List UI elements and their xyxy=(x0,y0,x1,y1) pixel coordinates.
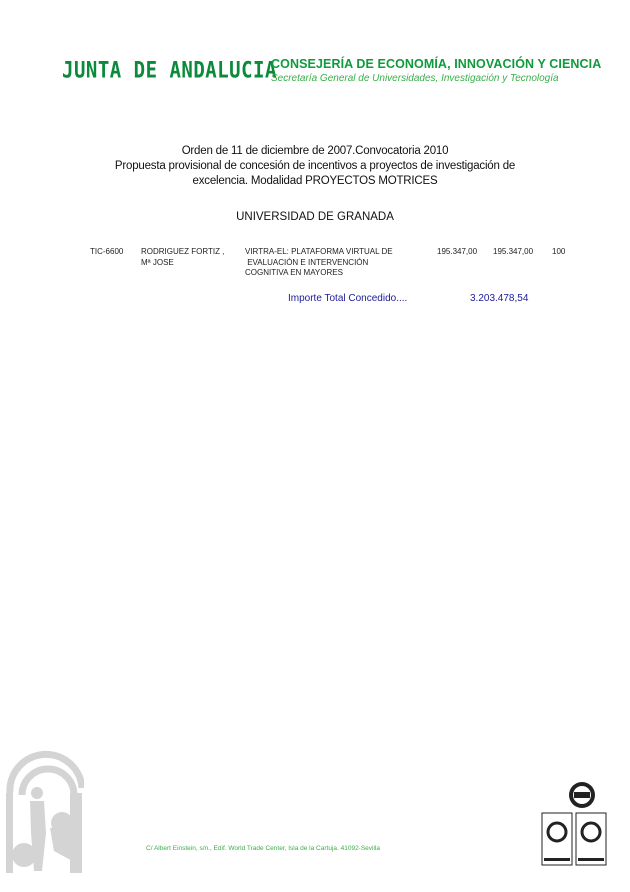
document-title: Orden de 11 de diciembre de 2007.Convoca… xyxy=(80,144,550,189)
certification-logos xyxy=(540,780,610,870)
junta-logo: JUNTA DE ANDALUCIA xyxy=(62,58,277,83)
university-heading: UNIVERSIDAD DE GRANADA xyxy=(80,211,550,223)
title-line-2: Propuesta provisional de concesión de in… xyxy=(80,159,550,174)
project-line-3: COGNITIVA EN MAYORES xyxy=(245,268,425,279)
project-title: VIRTRA-EL: PLATAFORMA VIRTUAL DE EVALUAC… xyxy=(245,247,425,279)
amount-granted: 195.347,00 xyxy=(493,247,533,258)
total-label: Importe Total Concedido.... xyxy=(288,293,407,304)
title-line-3: excelencia. Modalidad PROYECTOS MOTRICES xyxy=(80,174,550,189)
amount-requested: 195.347,00 xyxy=(437,247,477,258)
project-line-1: VIRTRA-EL: PLATAFORMA VIRTUAL DE xyxy=(245,247,425,258)
project-code: TIC-6600 xyxy=(90,247,123,258)
title-line-1: Orden de 11 de diciembre de 2007.Convoca… xyxy=(80,144,550,159)
aenor-er-icon xyxy=(542,813,572,865)
aenor-gestion-ambiental-icon xyxy=(576,813,606,865)
project-line-2: EVALUACIÓN E INTERVENCIÓN xyxy=(245,258,425,269)
iqnet-seal-icon xyxy=(569,782,595,808)
percent-granted: 100 xyxy=(552,247,565,258)
researcher-name: RODRIGUEZ FORTIZ , Mª JOSE xyxy=(141,247,241,268)
total-value: 3.203.478,54 xyxy=(470,293,528,304)
footer-address: C/ Albert Einstein, s/n., Edif. World Tr… xyxy=(146,845,380,852)
department-name: CONSEJERÍA DE ECONOMÍA, INNOVACIÓN Y CIE… xyxy=(271,57,601,71)
andalucia-emblem-icon xyxy=(4,733,84,873)
subdepartment-name: Secretaría General de Universidades, Inv… xyxy=(271,73,559,84)
researcher-line-1: RODRIGUEZ FORTIZ , xyxy=(141,247,241,258)
researcher-line-2: Mª JOSE xyxy=(141,258,241,269)
